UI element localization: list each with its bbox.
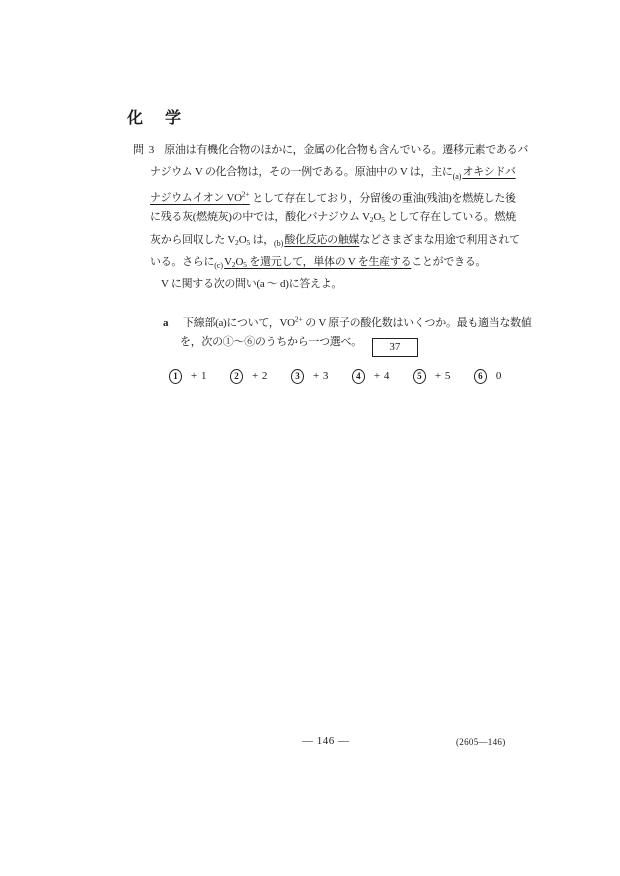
choice-value: 0 <box>496 370 502 382</box>
question-3-text-line: いる。さらに(c)V2O5 を還元して，単体の V を生産することができる。 <box>150 251 620 273</box>
question-3-text-line: V に関する次の問い(a ～ d)に答えよ。 <box>161 273 620 295</box>
sub-question-a-text: を，次の①～⑥のうちから一つ選べ。 <box>180 336 362 348</box>
question-3-text-line: ナジウムイオン VO2+ として存在しており，分留後の重油(残油)を燃焼した後 <box>150 184 620 206</box>
choice-option-1: 1 + 1 <box>169 369 207 384</box>
question-3-paragraph: 問 3原油は有機化合物のほかに，金属の化合物も含んでいる。遷移元素であるバ ナジ… <box>0 139 620 296</box>
choice-option-5: 5 + 5 <box>413 369 451 384</box>
circled-number-icon: 3 <box>291 369 304 384</box>
choice-value: + 1 <box>191 370 207 382</box>
choices-row: 1 + 1 2 + 2 3 + 3 4 + 4 5 + 5 6 0 <box>169 366 502 386</box>
sub-question-a-line-2: を，次の①～⑥のうちから一つ選べ。37 <box>180 331 620 353</box>
choice-value: + 2 <box>252 370 268 382</box>
sub-question-a: a下線部(a)について，VO2+ の V 原子の酸化数はいくつか。最も適当な数値… <box>0 308 620 354</box>
choice-option-6: 6 0 <box>474 369 502 384</box>
circled-number-icon: 4 <box>352 369 365 384</box>
choice-value: + 4 <box>374 370 390 382</box>
choice-option-4: 4 + 4 <box>352 369 390 384</box>
circled-number-icon: 5 <box>413 369 426 384</box>
exam-document-page: 化 学 問 3原油は有機化合物のほかに，金属の化合物も含んでいる。遷移元素である… <box>0 0 620 876</box>
sub-question-a-text: 下線部(a)について，VO2+ の V 原子の酸化数はいくつか。最も適当な数値 <box>183 317 532 329</box>
question-3-text-line: 灰から回収した V2O5 は，(b)酸化反応の触媒などさまざまな用途で利用されて <box>150 229 620 251</box>
circled-number-icon: 6 <box>474 369 487 384</box>
question-3-text-line: 問 3原油は有機化合物のほかに，金属の化合物も含んでいる。遷移元素であるバ <box>133 139 620 161</box>
choice-value: + 3 <box>313 370 329 382</box>
question-3-text-line: ナジウム V の化合物は，その一例である。原油中の V は，主に(a)オキシドバ <box>150 161 620 183</box>
subject-title: 化 学 <box>127 105 190 128</box>
page-number: — 146 — <box>302 735 350 747</box>
choice-option-3: 3 + 3 <box>291 369 329 384</box>
choice-value: + 5 <box>435 370 451 382</box>
choice-option-2: 2 + 2 <box>230 369 268 384</box>
circled-number-icon: 2 <box>230 369 243 384</box>
booklet-code: (2605—146) <box>456 737 506 747</box>
sub-question-a-line-1: a下線部(a)について，VO2+ の V 原子の酸化数はいくつか。最も適当な数値 <box>163 308 620 330</box>
circled-number-icon: 1 <box>169 369 182 384</box>
answer-number-box: 37 <box>372 338 418 357</box>
question-3-text-line: に残る灰(燃焼灰)の中では，酸化バナジウム V2O5 として存在している。燃焼 <box>150 206 620 228</box>
